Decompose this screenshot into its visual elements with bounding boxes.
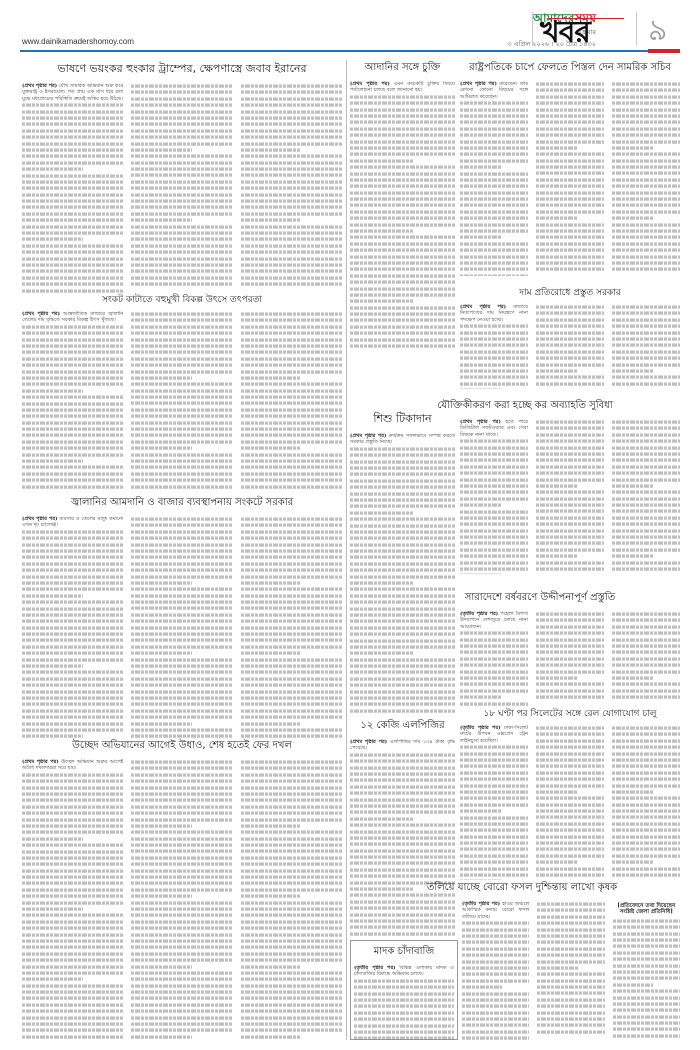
- headline[interactable]: ১৮ ঘণ্টা পর সিলেটের সঙ্গে রেল যোগাযোগ চা…: [460, 706, 680, 721]
- text-line: [350, 900, 455, 904]
- article-column: [612, 81, 680, 276]
- article-column: (প্রথম পৃষ্ঠার পর) বাজারে নিত্যপণ্যের দা…: [460, 304, 528, 389]
- text-line: [612, 632, 680, 636]
- text-line: [536, 739, 604, 743]
- text-line: [354, 1024, 454, 1028]
- text-line: [22, 466, 123, 470]
- text-line: [241, 831, 342, 835]
- text-line: [241, 959, 342, 963]
- headline[interactable]: ভাষণে ভয়ংকর হুংকার ট্রাম্পের, ক্ষেপণাস্…: [22, 60, 342, 79]
- headline[interactable]: মাদক চাঁদাবাজি: [354, 944, 454, 961]
- text-line: [462, 1024, 529, 1028]
- text-line: [460, 510, 528, 514]
- text-line: [612, 790, 653, 794]
- text-line: [131, 888, 232, 892]
- headline[interactable]: সারাদেশে বর্ষবরণে উদ্দীপনাপূর্ণ প্রস্তুত…: [400, 590, 680, 607]
- article-column: [537, 901, 604, 1041]
- article-column: [612, 304, 680, 389]
- text-line: [131, 971, 232, 975]
- text-line: [350, 607, 455, 611]
- text-line: [131, 219, 192, 223]
- text-line: [612, 357, 680, 361]
- text-line: [354, 1011, 454, 1015]
- text-line: [241, 991, 342, 995]
- text-line: [537, 909, 604, 913]
- text-line: [241, 703, 342, 707]
- text-line: [22, 161, 123, 165]
- text-line: [537, 1005, 604, 1009]
- text-line: [241, 1003, 342, 1007]
- text-line: [460, 784, 528, 788]
- text-line: [612, 255, 680, 259]
- text-line: [131, 466, 232, 470]
- text-line: [350, 919, 455, 923]
- text-line: [241, 818, 342, 822]
- text-line: [241, 376, 302, 380]
- text-line: [350, 486, 455, 490]
- text-line: [241, 364, 342, 368]
- text-line: [22, 927, 123, 931]
- text-line: [536, 861, 577, 865]
- text-line: [22, 575, 123, 579]
- text-line: [22, 364, 123, 368]
- text-line: [537, 947, 604, 951]
- masthead: www.dainikamadershomoy.com আমাদেরসময় শু…: [0, 0, 700, 54]
- text-line: [22, 978, 83, 982]
- text-line: [536, 696, 604, 700]
- text-line: [536, 102, 604, 106]
- text-line: [460, 765, 528, 769]
- text-line: [241, 581, 302, 585]
- text-line: [22, 856, 123, 860]
- text-line: [22, 180, 123, 184]
- text-line: [241, 116, 342, 120]
- text-line: [536, 255, 604, 259]
- text-line: [241, 97, 342, 101]
- text-line: [131, 338, 232, 342]
- text-line: [131, 434, 232, 438]
- text-line: [22, 965, 123, 969]
- text-line: [350, 140, 455, 144]
- article-column: (প্রথম পৃষ্ঠার পর) হতে পারে ডিজিটাল সফটও…: [460, 419, 528, 574]
- text-line: [350, 843, 455, 847]
- text-line: [612, 420, 680, 424]
- text-line: [131, 812, 232, 816]
- text-line: [241, 837, 342, 841]
- column-divider: [346, 60, 347, 1040]
- text-line: [131, 549, 232, 553]
- text-line: [612, 816, 680, 820]
- text-line: [22, 690, 123, 694]
- text-line: [241, 110, 342, 114]
- text-line: [241, 332, 342, 336]
- text-line: [613, 951, 680, 955]
- text-line: [612, 242, 680, 246]
- text-line: [131, 276, 232, 280]
- text-line: [460, 497, 528, 501]
- headline[interactable]: রাষ্ট্রপতিকে চাপে ফেলতে পিস্তল দেন সামরি…: [460, 60, 680, 77]
- text-line: [22, 633, 123, 637]
- text-line: [241, 251, 342, 255]
- text-line: [536, 440, 604, 444]
- text-line: [241, 187, 342, 191]
- text-line: [460, 676, 528, 680]
- text-line: [241, 319, 342, 323]
- text-line: [536, 172, 604, 176]
- text-line: [536, 854, 604, 858]
- text-line: [536, 841, 604, 845]
- text-line: [354, 979, 454, 983]
- text-line: [350, 511, 413, 515]
- text-line: [460, 873, 528, 877]
- text-line: [131, 914, 232, 918]
- text-line: [22, 652, 123, 656]
- text-line: [536, 427, 604, 431]
- text-line: [22, 447, 123, 451]
- text-line: [131, 370, 232, 374]
- text-line: [536, 822, 604, 826]
- headline[interactable]: আদানির সঙ্গে চুক্তি: [350, 60, 455, 77]
- text-line: [460, 127, 528, 131]
- text-line: [350, 313, 455, 317]
- text-line: [612, 657, 680, 661]
- text-line: [462, 1005, 529, 1009]
- text-line: [241, 696, 342, 700]
- text-line: [350, 210, 455, 214]
- article-column: (তৃতীয় পৃষ্ঠার পর) হাওর অঞ্চলে আকস্মিক …: [462, 901, 529, 1041]
- text-line: [131, 581, 192, 585]
- text-line: [131, 485, 232, 489]
- text-line: [460, 255, 528, 259]
- text-line: [462, 1037, 529, 1041]
- text-line: [350, 217, 455, 221]
- text-line: [22, 882, 123, 886]
- text-line: [350, 236, 455, 240]
- text-line: [22, 251, 123, 255]
- text-line: [536, 829, 604, 833]
- text-line: [241, 869, 342, 873]
- text-line: [536, 790, 577, 794]
- text-line: [350, 300, 413, 304]
- text-line: [241, 920, 342, 924]
- text-line: [460, 191, 528, 195]
- text-line: [460, 848, 528, 852]
- article-column: [536, 611, 604, 706]
- text-line: [131, 129, 232, 133]
- text-line: [460, 337, 528, 341]
- text-line: [350, 824, 455, 828]
- text-line: [131, 959, 232, 963]
- text-line: [131, 530, 232, 534]
- text-line: [22, 415, 123, 419]
- text-line: [131, 658, 232, 662]
- text-line: [131, 479, 232, 483]
- article-column: [241, 516, 342, 741]
- text-line: [537, 941, 604, 945]
- text-line: [22, 370, 123, 374]
- text-line: [536, 146, 577, 150]
- text-line: [22, 155, 123, 159]
- text-line: [241, 389, 342, 393]
- text-line: [350, 849, 455, 853]
- text-line: [350, 830, 455, 834]
- headline[interactable]: সংকট কাটাতে বহুমুখী বিকল্প উৎসে তৎপরতা: [22, 292, 342, 307]
- text-line: [460, 861, 528, 865]
- article-column: [প্রতিবেদনে তথ্য দিয়েছেন সংশ্লিষ্ট জেলা…: [613, 901, 680, 1041]
- text-line: [131, 257, 232, 261]
- text-line: [612, 318, 680, 322]
- text-line: [241, 447, 302, 451]
- text-line: [131, 174, 232, 178]
- text-line: [460, 555, 528, 559]
- text-line: [350, 613, 455, 617]
- text-line: [131, 168, 232, 172]
- text-line: [460, 223, 528, 227]
- text-line: [350, 569, 455, 573]
- text-line: [462, 966, 529, 970]
- text-line: [537, 992, 604, 996]
- text-line: [350, 447, 455, 451]
- text-line: [460, 350, 528, 354]
- text-line: [131, 933, 232, 937]
- text-line: [131, 882, 232, 886]
- text-line: [460, 134, 528, 138]
- text-line: [536, 726, 604, 730]
- text-line: [22, 556, 123, 560]
- text-line: [241, 652, 302, 656]
- text-line: [22, 997, 123, 1001]
- text-line: [22, 187, 123, 191]
- text-line: [350, 875, 455, 879]
- text-line: [536, 670, 604, 674]
- text-line: [241, 907, 342, 911]
- text-line: [460, 523, 528, 527]
- text-line: [131, 453, 232, 457]
- article-column: [536, 304, 604, 389]
- text-line: [350, 319, 455, 323]
- text-line: [131, 351, 232, 355]
- text-line: [612, 369, 653, 373]
- text-line: [350, 338, 455, 342]
- text-line: [350, 562, 455, 566]
- text-line: [350, 658, 455, 662]
- text-line: [536, 95, 604, 99]
- text-line: [131, 965, 192, 969]
- text-line: [241, 997, 342, 1001]
- text-line: [536, 261, 604, 265]
- text-line: [350, 575, 455, 579]
- headline[interactable]: ১২ কেজি এলপিজির: [350, 718, 455, 735]
- text-line: [241, 965, 302, 969]
- text-line: [460, 465, 528, 469]
- text-line: [131, 946, 232, 950]
- text-line: [612, 670, 680, 674]
- text-line: [612, 459, 680, 463]
- text-line: [460, 816, 528, 820]
- text-line: [22, 200, 123, 204]
- text-line: [241, 415, 342, 419]
- text-line: [22, 270, 123, 274]
- text-line: [460, 567, 528, 571]
- text-line: [536, 82, 604, 86]
- text-line: [613, 1022, 680, 1026]
- text-line: [241, 844, 342, 848]
- text-line: [460, 242, 528, 246]
- text-line: [241, 155, 342, 159]
- text-line: [460, 146, 528, 150]
- article-column: [241, 311, 342, 496]
- text-line: [131, 1003, 232, 1007]
- text-line: [536, 153, 604, 157]
- text-line: [131, 792, 232, 796]
- text-line: [131, 415, 232, 419]
- text-line: [350, 677, 455, 681]
- text-line: [241, 632, 342, 636]
- text-line: [131, 978, 232, 982]
- text-line: [22, 914, 123, 918]
- text-line: [22, 485, 123, 489]
- headline[interactable]: তলিয়ে যাচ্ছে বোরো ফসল দুশ্চিন্তায় লাখো…: [362, 880, 682, 897]
- text-line: [131, 671, 232, 675]
- text-line: [22, 639, 123, 643]
- text-line: [460, 854, 528, 858]
- text-line: [612, 651, 680, 655]
- text-line: [241, 933, 342, 937]
- text-line: [613, 932, 680, 936]
- text-line: [536, 548, 604, 552]
- text-line: [241, 193, 342, 197]
- headline[interactable]: যৌক্তিকীকরণ করা হচ্ছে কর অব্যাহতি সুবিধা: [370, 398, 680, 415]
- text-line: [241, 396, 342, 400]
- text-line: [460, 210, 528, 214]
- text-line: [612, 82, 680, 86]
- site-url[interactable]: www.dainikamadershomoy.com: [22, 37, 134, 46]
- text-line: [536, 376, 604, 380]
- text-line: [22, 479, 123, 483]
- headline[interactable]: জ্বালানির আমদানি ও বাজার ব্যবস্থাপনায় স…: [22, 495, 342, 512]
- text-line: [241, 276, 342, 280]
- text-line: [460, 644, 528, 648]
- headline[interactable]: উচ্ছেদ অভিযানের আগেই উধাও, শেষ হতেই ফের …: [22, 738, 342, 755]
- text-line: [537, 934, 604, 938]
- text-line: [22, 263, 123, 267]
- article-column: (প্রথম পৃষ্ঠার পর) আন্তর্জাতিক বাজারে জ্…: [22, 311, 123, 496]
- text-line: [241, 212, 342, 216]
- text-line: [131, 773, 232, 777]
- text-line: [350, 766, 455, 770]
- text-line: [131, 799, 232, 803]
- text-line: [131, 472, 232, 476]
- text-line: [22, 338, 123, 342]
- text-line: [460, 664, 528, 668]
- text-line: [350, 466, 455, 470]
- text-line: [131, 142, 232, 146]
- text-line: [460, 651, 528, 655]
- text-line: [612, 848, 680, 852]
- text-line: [131, 601, 232, 605]
- text-line: [131, 850, 232, 854]
- text-line: [460, 810, 501, 814]
- text-line: [613, 945, 680, 949]
- text-line: [462, 941, 529, 945]
- text-line: [613, 1009, 680, 1013]
- article-boro-crop: তলিয়ে যাচ্ছে বোরো ফসল দুশ্চিন্তায় লাখো…: [462, 880, 680, 1040]
- text-line: [131, 396, 232, 400]
- text-line: [22, 231, 123, 235]
- text-line: [460, 702, 528, 706]
- text-line: [131, 594, 232, 598]
- text-line: [131, 728, 232, 732]
- text-line: [350, 913, 455, 917]
- text-line: [241, 709, 342, 713]
- text-line: [536, 337, 604, 341]
- text-line: [354, 1030, 454, 1034]
- text-line: [350, 249, 455, 253]
- text-line: [350, 785, 455, 789]
- divider: [636, 12, 637, 46]
- text-line: [612, 478, 680, 482]
- text-line: [131, 607, 232, 611]
- text-line: [612, 548, 680, 552]
- text-line: [350, 178, 455, 182]
- text-line: [612, 867, 680, 871]
- text-line: [241, 984, 342, 988]
- text-line: [460, 536, 528, 540]
- text-line: [22, 984, 123, 988]
- text-line: [131, 537, 232, 541]
- text-line: [460, 268, 528, 272]
- text-line: [350, 492, 455, 496]
- text-line: [241, 421, 342, 425]
- text-line: [536, 771, 604, 775]
- text-line: [460, 178, 528, 182]
- headline[interactable]: দাম প্রতিরোধে প্রস্তুত সরকার: [460, 285, 680, 300]
- text-line: [22, 129, 123, 133]
- text-line: [241, 939, 342, 943]
- text-line: [350, 223, 455, 227]
- text-line: [612, 619, 680, 623]
- text-line: [22, 351, 123, 355]
- text-line: [462, 928, 529, 932]
- text-line: [350, 862, 455, 866]
- text-line: [241, 799, 342, 803]
- text-line: [241, 824, 302, 828]
- text-line: [536, 114, 604, 118]
- text-line: [22, 276, 123, 280]
- text-line: [536, 523, 604, 527]
- text-line: [612, 778, 680, 782]
- text-line: [536, 363, 604, 367]
- text-line: [22, 408, 123, 412]
- text-line: [350, 639, 455, 643]
- text-line: [241, 901, 342, 905]
- text-line: [537, 973, 604, 977]
- text-line: [22, 907, 83, 911]
- text-line: [22, 888, 123, 892]
- text-line: [241, 148, 302, 152]
- text-line: [460, 797, 528, 801]
- text-line: [612, 484, 653, 488]
- text-line: [241, 427, 342, 431]
- article-column: [241, 759, 342, 1044]
- text-line: [241, 645, 342, 649]
- text-line: [536, 657, 604, 661]
- text-line: [241, 1035, 302, 1039]
- text-line: [22, 952, 123, 956]
- text-line: [612, 689, 680, 693]
- text-line: [22, 920, 123, 924]
- text-line: [241, 658, 342, 662]
